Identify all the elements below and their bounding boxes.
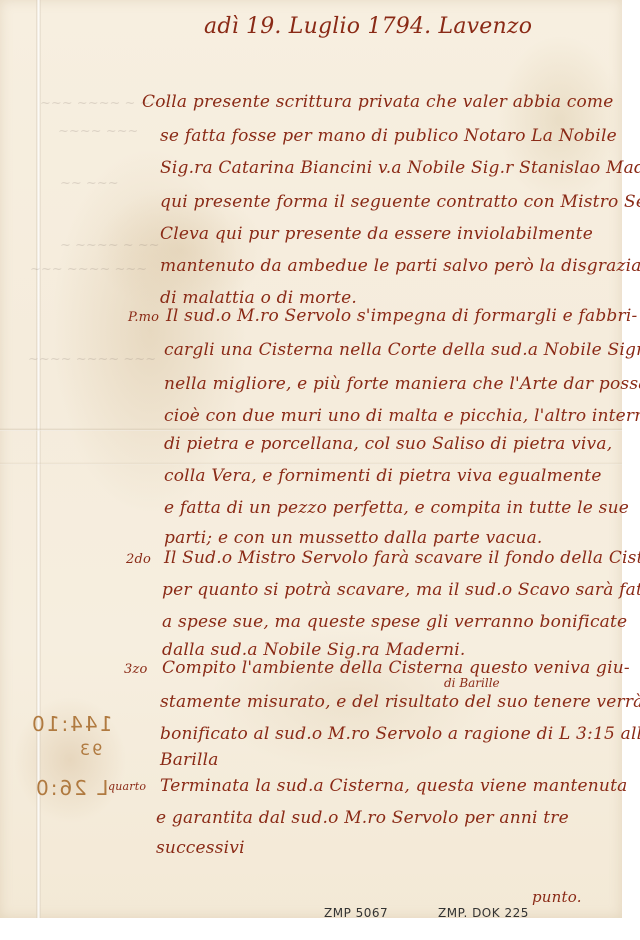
preamble-line: Sig.ra Catarina Biancini v.a Nobile Sig.… [160, 158, 640, 178]
preamble-line: qui presente forma il seguente contratto… [160, 192, 640, 212]
clause-line: cargli una Cisterna nella Corte della su… [164, 340, 640, 360]
clause-line: parti; e con un mussetto dalla parte vac… [164, 528, 543, 548]
clause-number-label: quarto [108, 780, 146, 793]
archive-catalog-number: ZMP 5067 [324, 906, 388, 920]
clause-number-label: 3zo [124, 662, 148, 677]
bleed-through-text: ~~~~ ~~~~ ~~~ [28, 352, 156, 367]
clause-number-label: 2do [126, 552, 151, 567]
preamble-line: se fatta fosse per mano di publico Notar… [160, 126, 617, 146]
clause-number-label: P.mo [128, 310, 159, 325]
bleed-through-text: ~~~~ ~~~ [58, 124, 138, 139]
preamble-line: Cleva qui pur presente da essere inviola… [160, 224, 593, 244]
clause-line: dalla sud.a Nobile Sig.ra Maderni. [162, 640, 466, 660]
margin-annotation: 93 [78, 740, 102, 759]
clause-line: di pietra e porcellana, col suo Saliso d… [164, 434, 612, 454]
clause-line: Terminata la sud.a Cisterna, questa vien… [160, 776, 627, 796]
clause-line: bonificato al sud.o M.ro Servolo a ragio… [160, 724, 640, 744]
bleed-through-text: ~ ~~~~ ~ ~~ [60, 238, 160, 253]
interlinear-insertion: di Barille [444, 676, 500, 690]
bleed-through-text: ~~~ ~~~~ ~~~ [30, 262, 147, 277]
document-date-header: adì 19. Luglio 1794. Lavenzo [204, 14, 532, 39]
clause-line: Barilla [160, 750, 219, 770]
horizontal-fold-crease [0, 428, 622, 431]
bleed-through-text: ~~ ~~~ [60, 176, 119, 191]
clause-line: successivi [156, 838, 245, 858]
clause-line: cioè con due muri uno di malta e picchia… [164, 406, 640, 426]
closing-mark: punto. [532, 888, 582, 906]
preamble-line: Colla presente scrittura privata che val… [142, 92, 614, 112]
horizontal-fold-crease [0, 462, 622, 465]
clause-line: per quanto si potrà scavare, ma il sud.o… [162, 580, 640, 600]
manuscript-page: ~~~ ~~~~ ~ ~~~ ~~~~ ~~~ ~~ ~~~ ~ ~~~~ ~ … [0, 0, 622, 918]
clause-line: a spese sue, ma queste spese gli verrann… [162, 612, 627, 632]
clause-line: Il Sud.o Mistro Servolo farà scavare il … [164, 548, 640, 568]
clause-line: nella migliore, e più forte maniera che … [164, 374, 640, 394]
margin-annotation: 144:10 [30, 712, 112, 736]
clause-line: e garantita dal sud.o M.ro Servolo per a… [156, 808, 569, 828]
clause-line: Il sud.o M.ro Servolo s'impegna di forma… [166, 306, 637, 326]
clause-line: Compito l'ambiente della Cisterna questo… [162, 658, 630, 678]
clause-line: e fatta di un pezzo perfetta, e compita … [164, 498, 629, 518]
preamble-line: di malattia o di morte. [160, 288, 357, 308]
clause-line: colla Vera, e fornimenti di pietra viva … [164, 466, 602, 486]
archive-document-number: ZMP. DOK 225 [438, 906, 529, 920]
clause-line: stamente misurato, e del risultato del s… [160, 692, 640, 712]
preamble-line: mantenuto da ambedue le parti salvo però… [160, 256, 640, 276]
margin-annotation: L 26:0 [34, 776, 108, 800]
